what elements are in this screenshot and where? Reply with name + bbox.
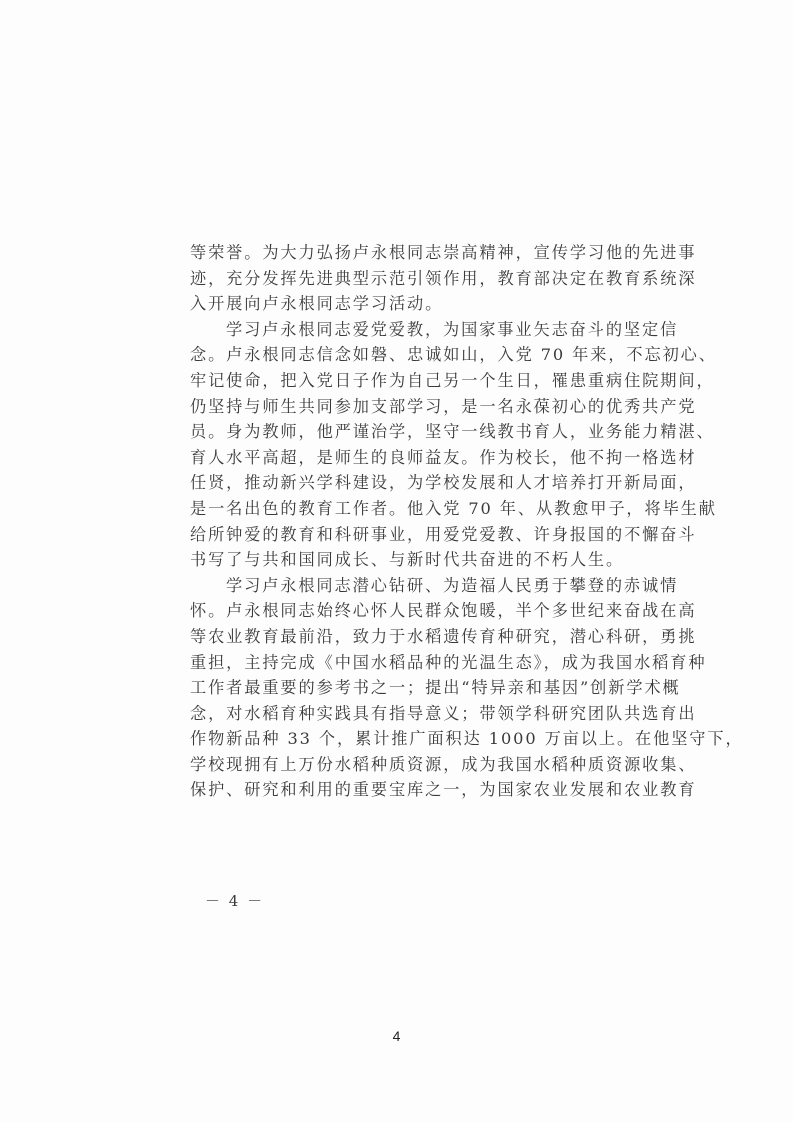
text-line: 入开展向卢永根同志学习活动。	[190, 291, 646, 317]
text-line: 仍坚持与师生共同参加支部学习，是一名永葆初心的优秀共产党	[190, 394, 646, 420]
text-line: 是一名出色的教育工作者。他入党 70 年、从教愈甲子，将毕生献	[190, 496, 646, 522]
paragraph-start-line: 学习卢永根同志爱党爱教，为国家事业矢志奋斗的坚定信	[190, 317, 646, 343]
text-line: 牢记使命，把入党日子作为自己另一个生日，罹患重病住院期间，	[190, 368, 646, 394]
document-page: 等荣誉。为大力弘扬卢永根同志崇高精神，宣传学习他的先进事 迹，充分发挥先进典型示…	[0, 0, 793, 1122]
footer-page-number: 4	[0, 1028, 793, 1044]
text-line: 给所钟爱的教育和科研事业，用爱党爱教、许身报国的不懈奋斗	[190, 522, 646, 548]
text-line: 等荣誉。为大力弘扬卢永根同志崇高精神，宣传学习他的先进事	[190, 240, 646, 266]
text-line: 员。身为教师，他严谨治学，坚守一线教书育人，业务能力精湛、	[190, 419, 646, 445]
text-line: 学校现拥有上万份水稻种质资源，成为我国水稻种质资源收集、	[190, 752, 646, 778]
text-line: 工作者最重要的参考书之一；提出“特异亲和基因”创新学术概	[190, 675, 646, 701]
text-line: 保护、研究和利用的重要宝库之一，为国家农业发展和农业教育	[190, 777, 646, 803]
text-line: 任贤，推动新兴学科建设，为学校发展和人才培养打开新局面，	[190, 470, 646, 496]
text-line: 迹，充分发挥先进典型示范引领作用，教育部决定在教育系统深	[190, 266, 646, 292]
text-line: 育人水平高超，是师生的良师益友。作为校长，他不拘一格选材	[190, 445, 646, 471]
paragraph-start-line: 学习卢永根同志潜心钻研、为造福人民勇于攀登的赤诚情	[190, 573, 646, 599]
text-line: 念。卢永根同志信念如磐、忠诚如山，入党 70 年来，不忘初心、	[190, 342, 646, 368]
text-line: 等农业教育最前沿，致力于水稻遗传育种研究，潜心科研，勇挑	[190, 624, 646, 650]
text-line: 重担，主持完成《中国水稻品种的光温生态》，成为我国水稻育种	[190, 650, 646, 676]
text-line: 念，对水稻育种实践具有指导意义；带领学科研究团队共选育出	[190, 701, 646, 727]
text-line: 书写了与共和国同成长、与新时代共奋进的不朽人生。	[190, 547, 646, 573]
text-line: 作物新品种 33 个，累计推广面积达 1000 万亩以上。在他坚守下，	[190, 726, 646, 752]
text-line: 怀。卢永根同志始终心怀人民群众饱暖，半个多世纪来奋战在高	[190, 598, 646, 624]
body-text: 等荣誉。为大力弘扬卢永根同志崇高精神，宣传学习他的先进事 迹，充分发挥先进典型示…	[190, 240, 646, 803]
scanned-page-number: － 4 －	[205, 890, 264, 911]
